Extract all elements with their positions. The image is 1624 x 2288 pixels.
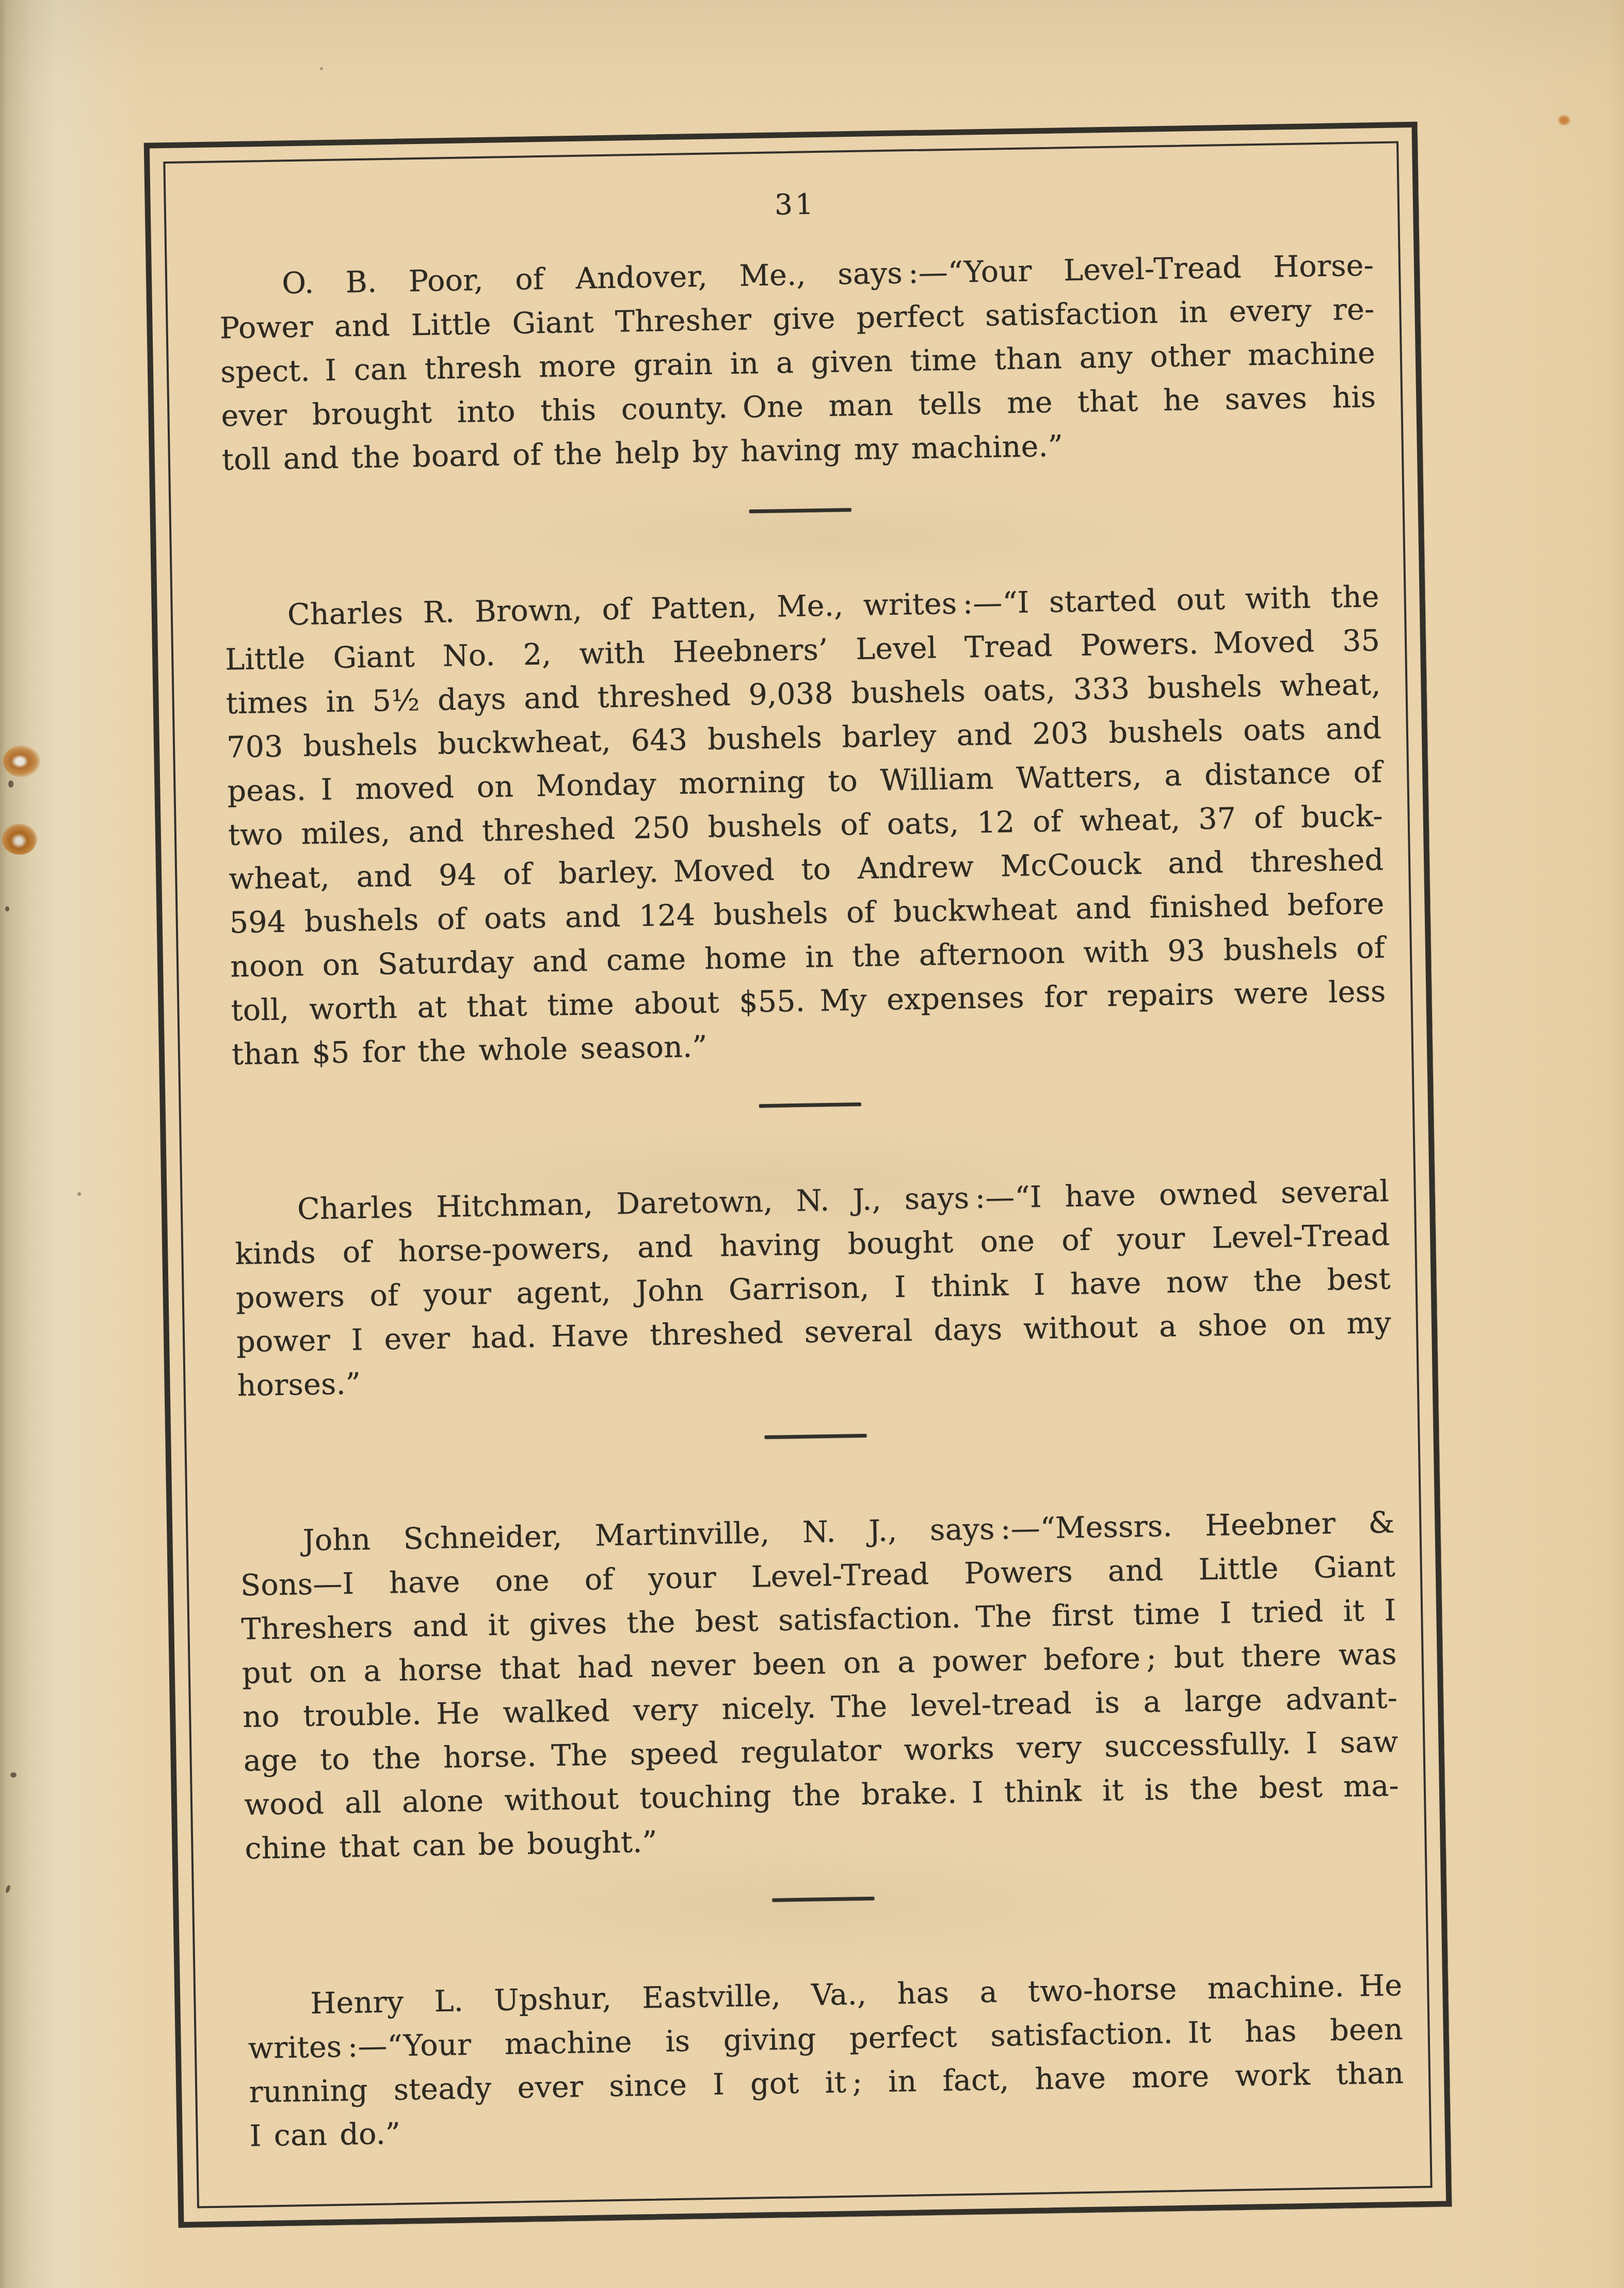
- page-border-inner-line: 31 O. B. Poor, of Andover, Me., says :—“…: [163, 141, 1432, 2208]
- separator-rule: [759, 1102, 861, 1108]
- rust-stain: [3, 745, 40, 777]
- ink-speck: [8, 780, 13, 788]
- separator-rule: [749, 508, 851, 513]
- ink-speck: [5, 906, 9, 911]
- testimonials: O. B. Poor, of Andover, Me., says :—“You…: [219, 244, 1405, 2158]
- ink-speck: [10, 1772, 17, 1778]
- ink-speck: [320, 67, 323, 70]
- testimonial-paragraph: Charles Hitchman, Daretown, N. J., says …: [234, 1170, 1392, 1408]
- scanned-book-page: { "page": { "number": "31", "paper_color…: [0, 0, 1624, 2288]
- ink-speck: [77, 1192, 81, 1196]
- separator-rule: [764, 1434, 866, 1439]
- ink-speck: [5, 1884, 11, 1893]
- page-number: 31: [217, 180, 1373, 229]
- page-content: 31 O. B. Poor, of Andover, Me., says :—“…: [167, 146, 1428, 2204]
- rust-stain: [1557, 115, 1571, 126]
- page-border-frame: 31 O. B. Poor, of Andover, Me., says :—“…: [144, 122, 1452, 2228]
- testimonial-paragraph: John Schneider, Martinville, N. J., says…: [239, 1501, 1400, 1871]
- testimonial-paragraph: O. B. Poor, of Andover, Me., says :—“You…: [219, 244, 1377, 482]
- testimonial-paragraph: Charles R. Brown, of Patten, Me., writes…: [224, 575, 1387, 1077]
- rust-stain: [2, 824, 37, 855]
- separator-rule: [772, 1897, 874, 1902]
- testimonial-paragraph: Henry L. Upshur, Eastville, Va., has a t…: [247, 1964, 1405, 2158]
